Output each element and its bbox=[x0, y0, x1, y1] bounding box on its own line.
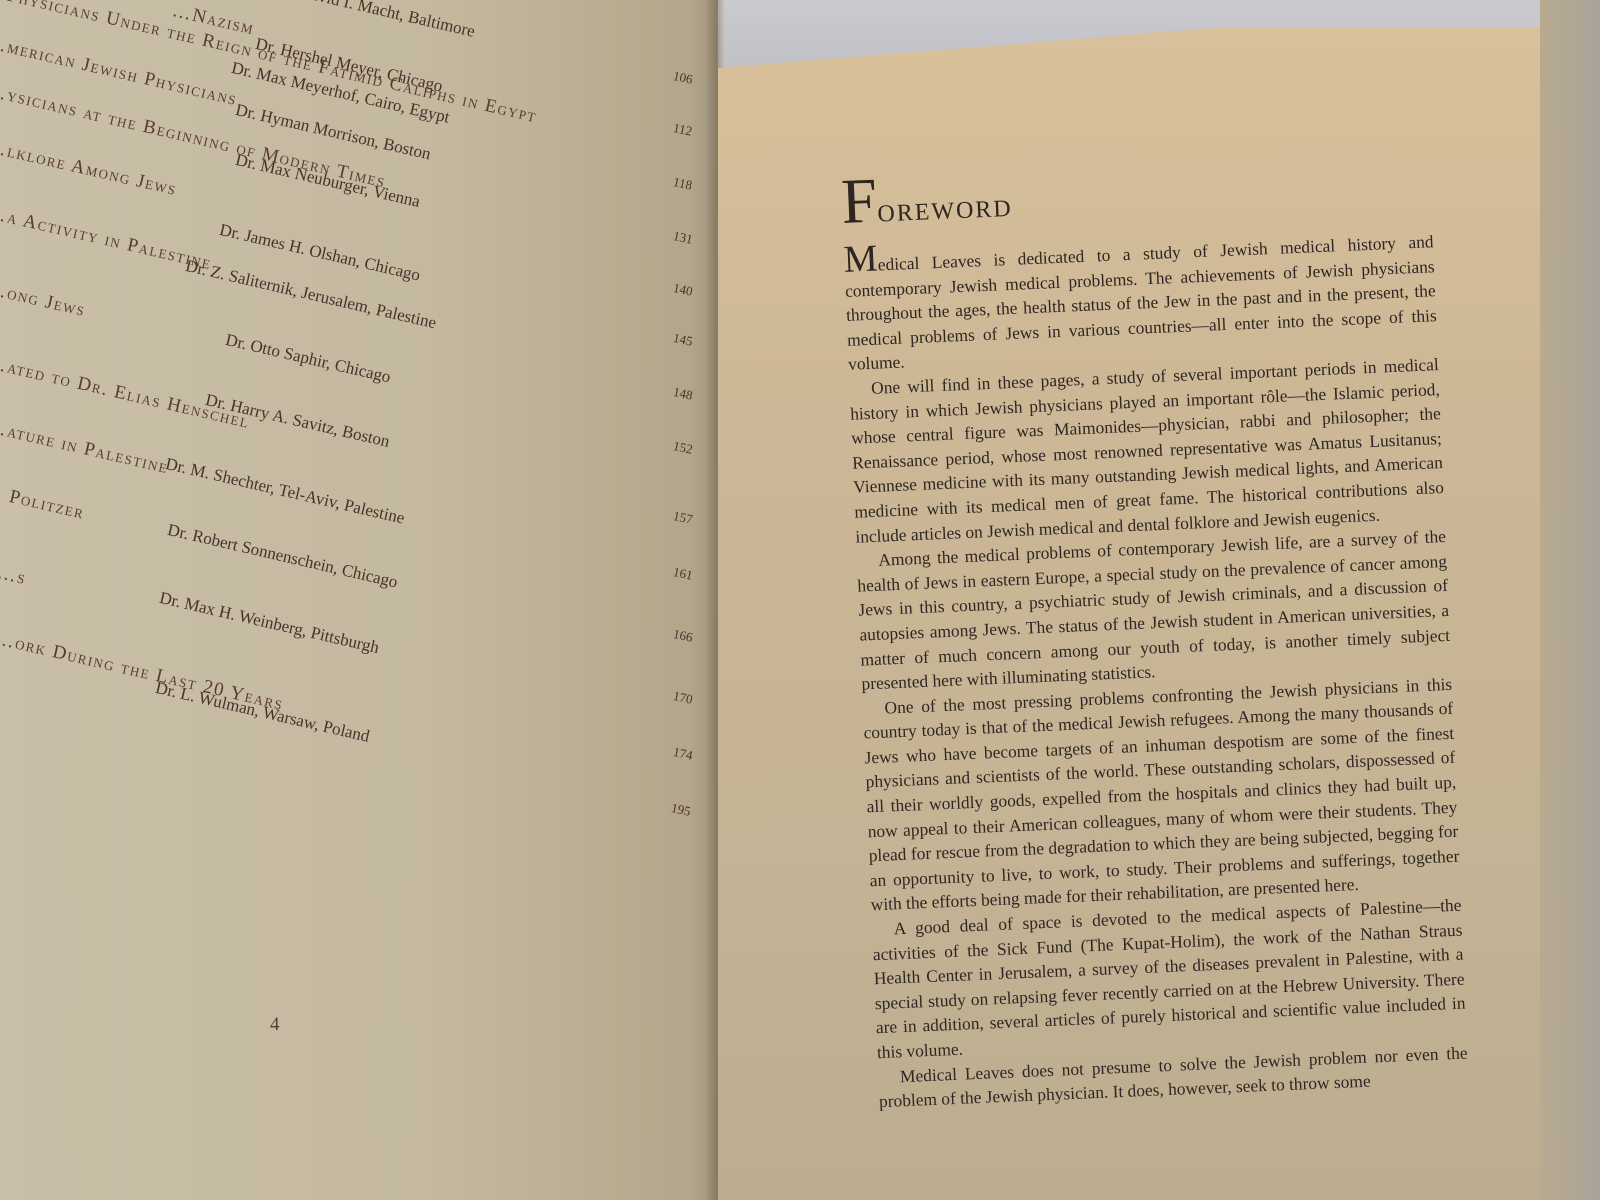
toc-page-number: 145 bbox=[672, 330, 694, 350]
heading-initial: F bbox=[840, 165, 879, 237]
toc-page-number: 195 bbox=[670, 800, 692, 820]
toc-page-number: 118 bbox=[672, 174, 694, 194]
foreword-body: Medical Leaves is dedicated to a study o… bbox=[843, 225, 1469, 1114]
page-number: 4 bbox=[270, 1014, 280, 1036]
toc-author: Dr. Max H. Weinberg, Pittsburgh bbox=[158, 588, 382, 658]
heading-rest: OREWORD bbox=[877, 196, 1013, 228]
paragraph-text: edical Leaves is dedicated to a study of… bbox=[845, 231, 1437, 374]
paragraph: A good deal of space is devoted to the m… bbox=[871, 893, 1467, 1065]
page-edge bbox=[1540, 0, 1600, 1200]
paragraph: Medical Leaves is dedicated to a study o… bbox=[843, 225, 1438, 377]
paragraph: One of the most pressing problems confro… bbox=[862, 672, 1461, 918]
toc-author: Dr. Robert Sonnenschein, Chicago bbox=[166, 520, 400, 592]
toc-page-number: 152 bbox=[672, 438, 694, 458]
toc-page-number: 174 bbox=[672, 744, 694, 764]
toc-page-number: 157 bbox=[672, 508, 694, 528]
toc-page-number: 140 bbox=[672, 280, 694, 300]
toc-page-number: 131 bbox=[672, 228, 694, 248]
toc-title: …ong Jews bbox=[0, 278, 88, 322]
toc-page-number: 170 bbox=[672, 688, 694, 708]
paragraph: One will find in these pages, a study of… bbox=[849, 352, 1446, 549]
toc-page-number: 112 bbox=[672, 120, 694, 140]
toc-author: …David I. Macht, Baltimore bbox=[281, 0, 477, 42]
toc-page-number: 161 bbox=[672, 564, 694, 584]
toc-page-number: 166 bbox=[672, 626, 694, 646]
toc-title: Politzer bbox=[7, 486, 87, 525]
left-page-contents: …Nazism …David I. Macht, Baltimore …Phys… bbox=[0, 0, 718, 1200]
toc-page-number: 148 bbox=[672, 384, 694, 404]
paragraph: Among the medical problems of contempora… bbox=[856, 524, 1452, 696]
toc-page-number: 106 bbox=[672, 68, 694, 88]
toc-title: …s bbox=[0, 562, 28, 590]
toc-title: …ature in Palestine bbox=[0, 416, 171, 479]
toc-title: …a Activity in Palestine bbox=[0, 202, 214, 275]
drop-cap: M bbox=[843, 238, 879, 281]
toc-author: Dr. Otto Saphir, Chicago bbox=[224, 330, 393, 387]
toc-title: …lklore Among Jews bbox=[0, 136, 179, 201]
toc-author: Dr. M. Shechter, Tel-Aviv, Palestine bbox=[164, 454, 407, 529]
foreword-section: FOREWORD Medical Leaves is dedicated to … bbox=[840, 145, 1469, 1114]
